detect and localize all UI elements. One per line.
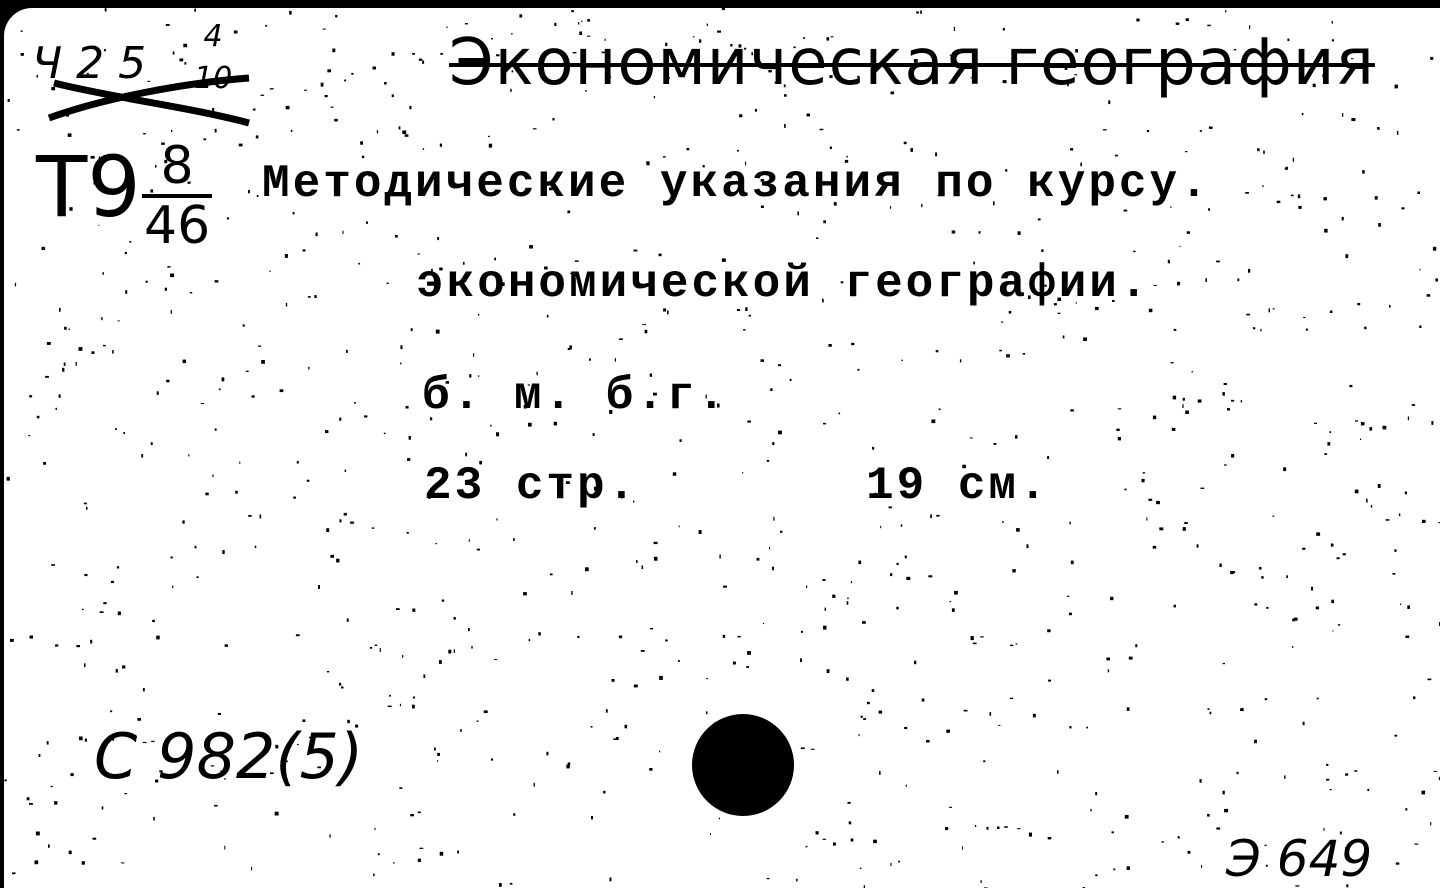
title-line-2: экономической географии.	[416, 258, 1151, 310]
catalog-card: Ч 2 5 4 10 Экономическая география Т9 8 …	[4, 8, 1440, 888]
punch-hole	[692, 714, 794, 816]
shelfmark-fraction-top: 8	[144, 138, 210, 194]
cross-out-icon	[44, 68, 254, 128]
imprint: б. м. б.г.	[422, 370, 728, 422]
pagination: 23 стр.	[424, 460, 638, 512]
shelfmark-fraction: 8 46	[144, 138, 210, 254]
shelfmark-fraction-bottom: 46	[144, 198, 210, 254]
subject-heading-crossed: Экономическая география	[449, 26, 1375, 100]
shelfmark-main: Т9	[36, 138, 141, 236]
title-line-1: Методические указания по курсу.	[262, 158, 1211, 210]
old-fraction-top: 4	[194, 22, 232, 52]
classification-mark: С 982(5)	[94, 720, 363, 793]
inventory-number: Э 649	[1226, 830, 1372, 888]
dimensions: 19 см.	[866, 460, 1050, 512]
